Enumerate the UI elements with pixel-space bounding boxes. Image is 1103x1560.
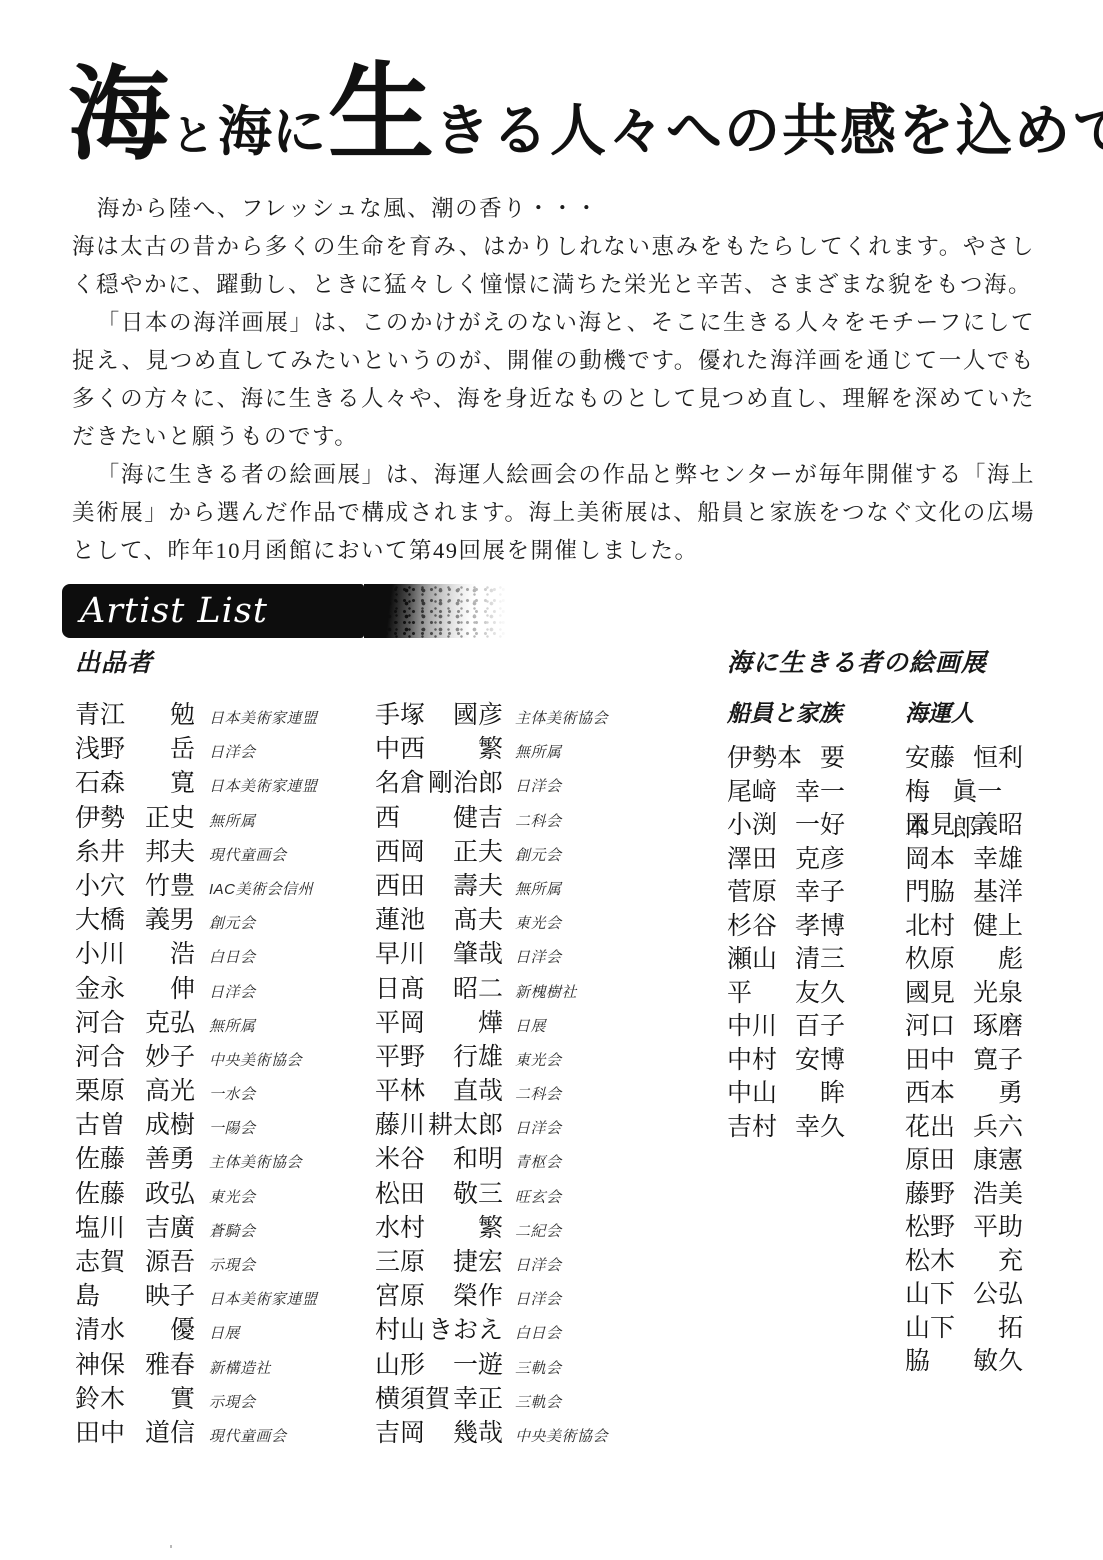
artist-given-name: 幸子 [795,872,845,908]
artist-name: 小川 浩 [75,934,195,970]
artist-family-name: 伊勢 [75,798,125,834]
artist-given-name: きおえ [428,1310,503,1346]
artist-affiliation: 白日会 [515,1322,562,1343]
artist-name: 神保 雅春 [75,1345,195,1381]
artist-row: 中山 眸 [727,1073,845,1107]
seafarers-column-header: 海運人 [905,700,1023,738]
artist-given-name: 妙子 [145,1037,195,1073]
artist-name: 宮原 榮作 [375,1276,503,1312]
artist-given-name: 岳 [170,729,195,765]
artist-given-name: 要 [820,738,845,774]
intro-paragraph: 海から陸へ、フレッシュな風、潮の香り・・・ [72,190,1035,228]
artist-affiliation: 無所属 [515,741,562,762]
artist-row: 松野 平助 [905,1207,1023,1241]
artist-row: 梅本 眞一郎 [905,772,1023,806]
exhibitors-column-1: 青江 勉 日本美術家連盟 浅野 岳 日洋会 石森 寛 日本美術家連盟 [75,695,318,1447]
artist-family-name: 蓮池 [375,900,425,936]
artist-name: 杉谷 孝博 [727,906,845,942]
artist-family-name: 手塚 [375,695,425,731]
artist-row: 田中 道信 現代童画会 [75,1413,318,1447]
artist-given-name: 清三 [795,939,845,975]
artist-family-name: 宮原 [375,1276,425,1312]
artist-row: 田中 寛子 [905,1040,1023,1074]
artist-given-name: 壽夫 [453,866,503,902]
artist-given-name: 健吉 [453,798,503,834]
artist-name: 栗原 高光 [75,1071,195,1107]
artist-given-name: 勇 [998,1073,1023,1109]
artist-affiliation: 中央美術協会 [515,1425,608,1446]
artist-name: 尾﨑 幸一 [727,772,845,808]
artist-row: 村山 きおえ 白日会 [375,1310,608,1344]
artist-row: 菅原 幸子 [727,872,845,906]
artist-name: 藤川 耕太郎 [375,1105,503,1141]
artist-given-name: 幸一 [795,772,845,808]
artist-row: 吉村 幸久 [727,1107,845,1141]
artist-name: 西岡 正夫 [375,832,503,868]
artist-name: 平 友久 [727,973,845,1009]
artist-affiliation: 主体美術協会 [515,707,608,728]
artist-given-name: 孝博 [795,906,845,942]
artist-name: 西田 壽夫 [375,866,503,902]
artist-row: 中村 安博 [727,1040,845,1074]
artist-row: 金永 伸 日洋会 [75,969,318,1003]
crew-family-column: 船員と家族 伊勢本 要 尾﨑 幸一 [727,700,845,1140]
artist-family-name: 岡本 [905,839,955,875]
artist-name: 松木 充 [905,1241,1023,1277]
artist-name: 浅野 岳 [75,729,195,765]
artist-given-name: 友久 [795,973,845,1009]
artist-name: 小渕 一好 [727,805,845,841]
artist-name: 吉岡 幾哉 [375,1413,503,1449]
artist-name: 河合 妙子 [75,1037,195,1073]
artist-row: 山下 公弘 [905,1274,1023,1308]
artist-row: 尾﨑 幸一 [727,772,845,806]
artist-family-name: 杦原 [905,939,955,975]
artist-name: 小穴 竹豊 [75,866,195,902]
artist-family-name: 中山 [727,1073,777,1109]
artist-affiliation: 三軌会 [515,1391,562,1412]
artist-row: 原田 康憲 [905,1140,1023,1174]
artist-given-name: 正史 [145,798,195,834]
artist-given-name: 實 [170,1379,195,1415]
artist-name: 清水 優 [75,1310,195,1346]
artist-affiliation: 蒼騎会 [209,1220,256,1241]
artist-name: 三原 捷宏 [375,1242,503,1278]
artist-given-name: 眸 [820,1073,845,1109]
artist-list-banner-label: Artist List [62,591,268,631]
artist-given-name: 幸正 [453,1379,503,1415]
artist-family-name: 浅野 [75,729,125,765]
document-page: 海 と 海に 生 きる人々への共感を込めて 海から陸へ、フレッシュな風、潮の香り… [0,0,1103,1560]
artist-row: 岡本 幸雄 [905,839,1023,873]
artist-family-name: 志賀 [75,1242,125,1278]
artist-affiliation: 二紀会 [515,1220,562,1241]
artist-row: 西田 壽夫 無所属 [375,866,608,900]
artist-given-name: 映子 [145,1276,195,1312]
artist-family-name: 三原 [375,1242,425,1278]
artist-name: 吉村 幸久 [727,1107,845,1143]
artist-given-name: 寛 [170,763,195,799]
artist-family-name: 西 [375,798,400,834]
artist-family-name: 菅原 [727,872,777,908]
artist-name: 志賀 源吾 [75,1242,195,1278]
artist-affiliation: 青枢会 [515,1151,562,1172]
artist-row: 大橋 義男 創元会 [75,900,318,934]
artist-row: 早川 肇哉 日洋会 [375,934,608,968]
artist-row: 佐藤 善勇 主体美術協会 [75,1139,318,1173]
artist-name: 伊勢 正史 [75,798,195,834]
artist-name: 佐藤 善勇 [75,1139,195,1175]
artist-given-name: 琢磨 [973,1006,1023,1042]
artist-family-name: 名倉 [375,763,425,799]
artist-given-name: 光泉 [973,973,1023,1009]
artist-name: 島 映子 [75,1276,195,1312]
artist-name: 名倉 剛治郎 [375,763,503,799]
title-segment: 海に [216,104,328,158]
artist-given-name: 浩美 [973,1174,1023,1210]
artist-given-name: 雅春 [145,1345,195,1381]
artist-given-name: 燁 [478,1003,503,1039]
artist-family-name: 村山 [375,1310,425,1346]
intro-paragraph: 海は太古の昔から多くの生命を育み、はかりしれない恵みをもたらしてくれます。やさし… [72,228,1035,304]
artist-family-name: 水村 [375,1208,425,1244]
artist-given-name: 義昭 [973,805,1023,841]
artist-family-name: 瀬山 [727,939,777,975]
artist-affiliation: 白日会 [209,946,256,967]
artist-row: 島 映子 日本美術家連盟 [75,1276,318,1310]
artist-row: 安藤 恒利 [905,738,1023,772]
artist-family-name: 鈴木 [75,1379,125,1415]
artist-affiliation: 無所属 [209,1015,256,1036]
artist-affiliation: 日洋会 [515,946,562,967]
artist-affiliation: 三軌会 [515,1357,562,1378]
artist-name: 山形 一遊 [375,1345,503,1381]
artist-name: 北村 健上 [905,906,1023,942]
artist-row: 平 友久 [727,973,845,1007]
artist-row: 清水 優 日展 [75,1310,318,1344]
artist-name: 早川 肇哉 [375,934,503,970]
artist-affiliation: 創元会 [209,912,256,933]
artist-name: 原田 康憲 [905,1140,1023,1176]
artist-row: 杉谷 孝博 [727,906,845,940]
artist-affiliation: 現代童画会 [209,844,287,865]
artist-name: 佐藤 政弘 [75,1174,195,1210]
artist-given-name: 公弘 [973,1274,1023,1310]
artist-name: 杦原 彪 [905,939,1023,975]
artist-family-name: 吉村 [727,1107,777,1143]
artist-name: 中山 眸 [727,1073,845,1109]
title-segment: 海 [68,64,170,166]
artist-family-name: 澤田 [727,839,777,875]
artist-name: 水村 繁 [375,1208,503,1244]
artist-row: 北村 健上 [905,906,1023,940]
title-segment: と [170,115,216,157]
artist-given-name: 康憲 [973,1140,1023,1176]
artist-family-name: 脇 [905,1341,930,1377]
artist-given-name: 克彦 [795,839,845,875]
artist-given-name: 幾哉 [453,1413,503,1449]
artist-row: 藤野 浩美 [905,1174,1023,1208]
artist-row: 三原 捷宏 日洋会 [375,1242,608,1276]
artist-given-name: 百子 [795,1006,845,1042]
brush-stroke-decoration [364,584,514,638]
artist-name: 中村 安博 [727,1040,845,1076]
artist-name: 岡見 義昭 [905,805,1023,841]
artist-given-name: 勉 [170,695,195,731]
artist-given-name: 兵六 [973,1107,1023,1143]
artist-family-name: 島 [75,1276,100,1312]
artist-name: 中川 百子 [727,1006,845,1042]
artist-family-name: 花出 [905,1107,955,1143]
artist-affiliation: 東光会 [515,912,562,933]
artist-family-name: 吉岡 [375,1413,425,1449]
artist-given-name: 浩 [170,934,195,970]
artist-name: 平林 直哉 [375,1071,503,1107]
artist-row: 岡見 義昭 [905,805,1023,839]
artist-given-name: 剛治郎 [428,763,503,799]
artist-family-name: 松木 [905,1241,955,1277]
artist-given-name: 敬三 [453,1174,503,1210]
artist-name: 花出 兵六 [905,1107,1023,1143]
artist-name: 糸井 邦夫 [75,832,195,868]
artist-row: 中西 繁 無所属 [375,729,608,763]
exhibitors-column-2: 手塚 國彦 主体美術協会 中西 繁 無所属 名倉 剛治郎 日洋会 [375,695,608,1447]
artist-name: 伊勢本 要 [727,738,845,774]
artist-family-name: 金永 [75,969,125,1005]
artist-family-name: 安藤 [905,738,955,774]
artist-row: 花出 兵六 [905,1107,1023,1141]
artist-given-name: 成樹 [145,1105,195,1141]
artist-name: 澤田 克彦 [727,839,845,875]
artist-row: 栗原 高光 一水会 [75,1071,318,1105]
artist-affiliation: 日洋会 [209,741,256,762]
artist-name: 瀬山 清三 [727,939,845,975]
artist-row: 手塚 國彦 主体美術協会 [375,695,608,729]
artist-row: 佐藤 政弘 東光会 [75,1174,318,1208]
artist-name: 河合 克弘 [75,1003,195,1039]
title-segment: きる人々への共感を込めて [434,103,1103,159]
artist-name: 古曽 成樹 [75,1105,195,1141]
seafarers-column: 海運人 安藤 恒利 梅本 眞一郎 [905,700,1023,1375]
artist-family-name: 國見 [905,973,955,1009]
artist-affiliation: 日本美術家連盟 [209,1288,318,1309]
artist-given-name: 捷宏 [453,1242,503,1278]
artist-family-name: 中西 [375,729,425,765]
artist-affiliation: 中央美術協会 [209,1049,302,1070]
artist-row: 古曽 成樹 一陽会 [75,1105,318,1139]
artist-given-name: 一好 [795,805,845,841]
artist-family-name: 平野 [375,1037,425,1073]
artist-family-name: 尾﨑 [727,772,777,808]
artist-given-name: 寛子 [973,1040,1023,1076]
artist-row: 小川 浩 白日会 [75,934,318,968]
artist-row: 伊勢 正史 無所属 [75,798,318,832]
artist-affiliation: 日本美術家連盟 [209,707,318,728]
scan-speck [170,1545,172,1548]
artist-family-name: 原田 [905,1140,955,1176]
artist-name: 脇 敏久 [905,1341,1023,1377]
artist-row: 水村 繁 二紀会 [375,1208,608,1242]
artist-family-name: 青江 [75,695,125,731]
painting-exhibition-section-label: 海に生きる者の絵画展 [727,643,987,679]
artist-family-name: 平 [727,973,752,1009]
artist-affiliation: 日洋会 [515,1288,562,1309]
artist-family-name: 田中 [75,1413,125,1449]
artist-name: 門脇 基洋 [905,872,1023,908]
artist-affiliation: 新構造社 [209,1357,271,1378]
artist-affiliation: 二科会 [515,810,562,831]
artist-family-name: 神保 [75,1345,125,1381]
artist-family-name: 杉谷 [727,906,777,942]
artist-given-name: 繁 [478,1208,503,1244]
artist-row: 小渕 一好 [727,805,845,839]
artist-given-name: 基洋 [973,872,1023,908]
artist-row: 志賀 源吾 示現会 [75,1242,318,1276]
artist-family-name: 古曽 [75,1105,125,1141]
artist-row: 河口 琢磨 [905,1006,1023,1040]
artist-given-name: 行雄 [453,1037,503,1073]
artist-family-name: 平岡 [375,1003,425,1039]
artist-family-name: 糸井 [75,832,125,868]
intro-paragraph: 「日本の海洋画展」は、このかけがえのない海と、そこに生きる人々をモチーフにして捉… [72,304,1035,456]
artist-row: 西本 勇 [905,1073,1023,1107]
artist-family-name: 中村 [727,1040,777,1076]
artist-row: 石森 寛 日本美術家連盟 [75,763,318,797]
artist-row: 門脇 基洋 [905,872,1023,906]
artist-family-name: 松野 [905,1207,955,1243]
intro-paragraph: 「海に生きる者の絵画展」は、海運人絵画会の作品と弊センターが毎年開催する「海上美… [72,456,1035,570]
artist-given-name: 高光 [145,1071,195,1107]
artist-given-name: 義男 [145,900,195,936]
artist-family-name: 小川 [75,934,125,970]
artist-family-name: 松田 [375,1174,425,1210]
artist-given-name: 安博 [795,1040,845,1076]
artist-given-name: 正夫 [453,832,503,868]
artist-row: 西岡 正夫 創元会 [375,832,608,866]
artist-row: 平林 直哉 二科会 [375,1071,608,1105]
artist-given-name: 拓 [998,1308,1023,1344]
artist-family-name: 栗原 [75,1071,125,1107]
artist-given-name: 伸 [170,969,195,1005]
artist-name: 青江 勉 [75,695,195,731]
artist-given-name: 吉廣 [145,1208,195,1244]
artist-given-name: 政弘 [145,1174,195,1210]
artist-family-name: 門脇 [905,872,955,908]
artist-name: 村山 きおえ [375,1310,503,1346]
artist-given-name: 肇哉 [453,934,503,970]
artist-family-name: 田中 [905,1040,955,1076]
artist-row: 鈴木 實 示現会 [75,1379,318,1413]
artist-given-name: 昭二 [453,969,503,1005]
artist-row: 小穴 竹豊 IAC美術会信州 [75,866,318,900]
artist-row: 澤田 克彦 [727,839,845,873]
artist-row: 瀬山 清三 [727,939,845,973]
artist-family-name: 佐藤 [75,1139,125,1175]
artist-row: 河合 克弘 無所属 [75,1003,318,1037]
seafarers-list: 安藤 恒利 梅本 眞一郎 岡見 義昭 [905,738,1023,1375]
artist-family-name: 清水 [75,1310,125,1346]
artist-row: 名倉 剛治郎 日洋会 [375,763,608,797]
artist-affiliation: 創元会 [515,844,562,865]
artist-affiliation: 現代童画会 [209,1425,287,1446]
artist-family-name: 河合 [75,1003,125,1039]
artist-affiliation: 無所属 [209,810,256,831]
artist-affiliation: 東光会 [515,1049,562,1070]
intro-text: 海から陸へ、フレッシュな風、潮の香り・・・ 海は太古の昔から多くの生命を育み、は… [72,190,1035,570]
artist-name: 石森 寛 [75,763,195,799]
artist-affiliation: 日洋会 [515,1117,562,1138]
artist-affiliation: 示現会 [209,1254,256,1275]
artist-row: 神保 雅春 新構造社 [75,1345,318,1379]
artist-given-name: 充 [998,1241,1023,1277]
artist-family-name: 平林 [375,1071,425,1107]
artist-row: 松木 充 [905,1241,1023,1275]
artist-affiliation: 日洋会 [209,981,256,1002]
artist-family-name: 早川 [375,934,425,970]
artist-given-name: 恒利 [973,738,1023,774]
artist-row: 吉岡 幾哉 中央美術協会 [375,1413,608,1447]
artist-affiliation: 示現会 [209,1391,256,1412]
artist-affiliation: 新槐樹社 [515,981,577,1002]
artist-name: 山下 拓 [905,1308,1023,1344]
artist-affiliation: 日本美術家連盟 [209,775,318,796]
page-title: 海 と 海に 生 きる人々への共感を込めて [68,60,1048,166]
artist-given-name: 繁 [478,729,503,765]
artist-affiliation: 二科会 [515,1083,562,1104]
artist-affiliation: 一陽会 [209,1117,256,1138]
artist-name: 西本 勇 [905,1073,1023,1109]
artist-family-name: 河合 [75,1037,125,1073]
artist-affiliation: IAC美術会信州 [209,878,313,899]
artist-given-name: 幸久 [795,1107,845,1143]
artist-row: 宮原 榮作 日洋会 [375,1276,608,1310]
artist-given-name: 優 [170,1310,195,1346]
artist-family-name: 山形 [375,1345,425,1381]
artist-row: 蓮池 髙夫 東光会 [375,900,608,934]
artist-family-name: 山下 [905,1308,955,1344]
artist-given-name: 邦夫 [145,832,195,868]
artist-given-name: 耕太郎 [428,1105,503,1141]
artist-given-name: 榮作 [453,1276,503,1312]
artist-family-name: 藤野 [905,1174,955,1210]
artist-name: 金永 伸 [75,969,195,1005]
artist-name: 平野 行雄 [375,1037,503,1073]
artist-family-name: 小穴 [75,866,125,902]
artist-given-name: 國彦 [453,695,503,731]
artist-family-name: 中川 [727,1006,777,1042]
artist-family-name: 佐藤 [75,1174,125,1210]
artist-given-name: 健上 [973,906,1023,942]
crew-family-column-header: 船員と家族 [727,700,845,738]
artist-name: 手塚 國彦 [375,695,503,731]
artist-name: 塩川 吉廣 [75,1208,195,1244]
artist-row: 平岡 燁 日展 [375,1003,608,1037]
artist-affiliation: 無所属 [515,878,562,899]
artist-list-banner: Artist List [62,584,364,638]
artist-row: 杦原 彪 [905,939,1023,973]
artist-family-name: 北村 [905,906,955,942]
artist-name: 田中 寛子 [905,1040,1023,1076]
artist-row: 國見 光泉 [905,973,1023,1007]
artist-given-name: 彪 [998,939,1023,975]
artist-name: 中西 繁 [375,729,503,765]
artist-affiliation: 日展 [515,1015,546,1036]
artist-given-name: 竹豊 [145,866,195,902]
artist-family-name: 岡見 [905,805,955,841]
crew-family-list: 伊勢本 要 尾﨑 幸一 小渕 一好 [727,738,845,1140]
artist-given-name: 平助 [973,1207,1023,1243]
artist-row: 糸井 邦夫 現代童画会 [75,832,318,866]
